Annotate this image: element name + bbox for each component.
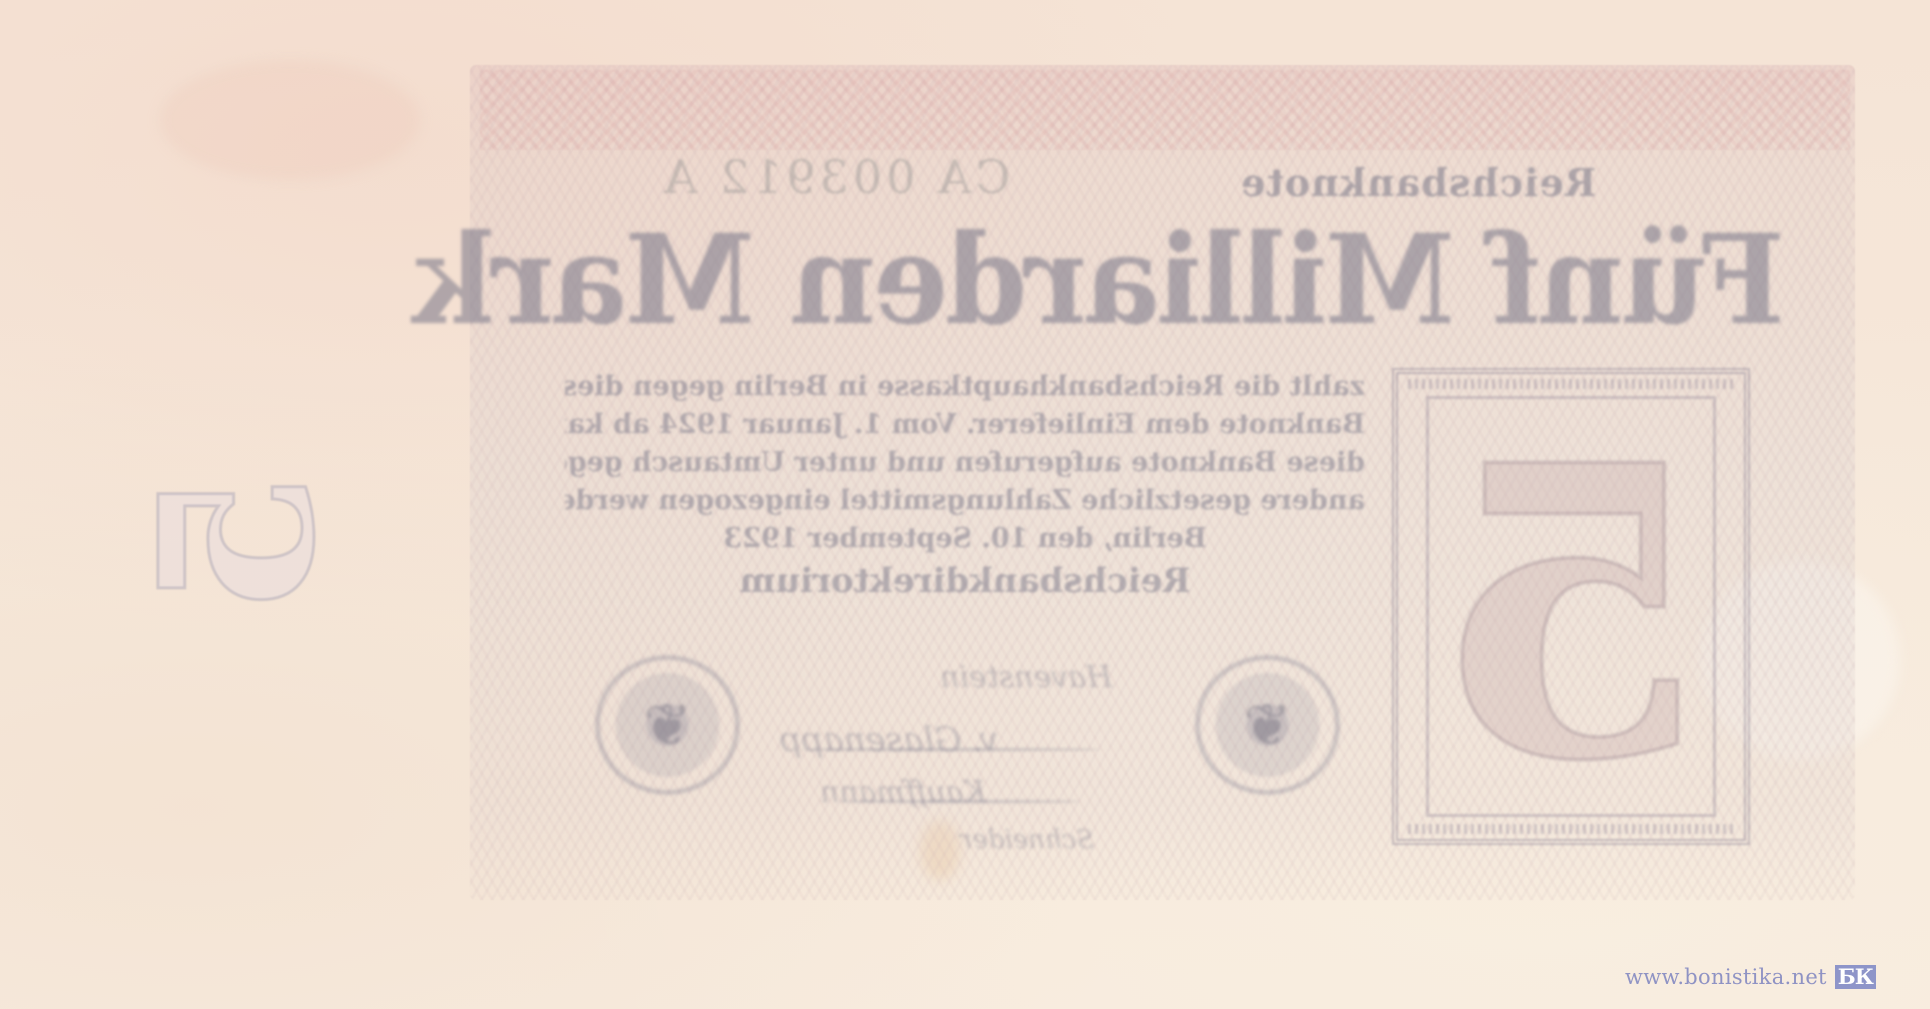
legal-text-block: zahlt die Reichsbankhauptkasse in Berlin… <box>565 368 1365 600</box>
signature: Havenstein <box>940 660 1112 695</box>
legal-text-line: Banknote dem Einlieferer. Vom 1. Januar … <box>565 406 1365 444</box>
eagle-icon: ❦ <box>1243 691 1292 759</box>
serial-number-text: CA 003912 A <box>660 150 1010 204</box>
issue-date: Berlin, den 10. September 1923 <box>565 520 1365 558</box>
serial-number: CA 003912 A <box>600 150 1070 204</box>
signature-stroke <box>800 748 1100 751</box>
site-watermark: www.bonistika.net БК <box>1625 962 1876 992</box>
guilloche-top-band <box>480 70 1850 150</box>
bank-label: Reichsbanknote <box>1240 160 1580 205</box>
denomination-numeral: 5 <box>1398 404 1744 824</box>
paper-stain <box>160 60 420 180</box>
signature: Kauffmann <box>820 775 986 810</box>
site-url: www.bonistika.net <box>1625 965 1827 989</box>
bank-label-text: Reichsbanknote <box>1240 160 1596 205</box>
signature-heading: Reichsbankdirektorium <box>565 562 1365 600</box>
legal-text-line: zahlt die Reichsbankhauptkasse in Berlin… <box>565 368 1365 406</box>
watermark-numeral-five: 5 <box>150 420 325 665</box>
denomination-frame: 5 <box>1392 368 1750 845</box>
signature-stroke <box>840 800 1080 803</box>
legal-text-line: diese Banknote aufgerufen und unter Umta… <box>565 444 1365 482</box>
seal-left: ❦ <box>595 655 740 795</box>
seal-right: ❦ <box>1195 655 1340 795</box>
signature: v. Glasenapp <box>780 720 998 760</box>
denomination-title: Fünf Milliarden Mark <box>550 201 1785 359</box>
signatures: Havenstein v. Glasenapp Kauffmann Schnei… <box>760 660 1180 860</box>
site-logo: БК <box>1835 965 1876 989</box>
eagle-icon: ❦ <box>643 691 692 759</box>
legal-text-line: andere gesetzliche Zahlungsmittel eingez… <box>565 482 1365 520</box>
signature: Schneider <box>960 825 1094 855</box>
